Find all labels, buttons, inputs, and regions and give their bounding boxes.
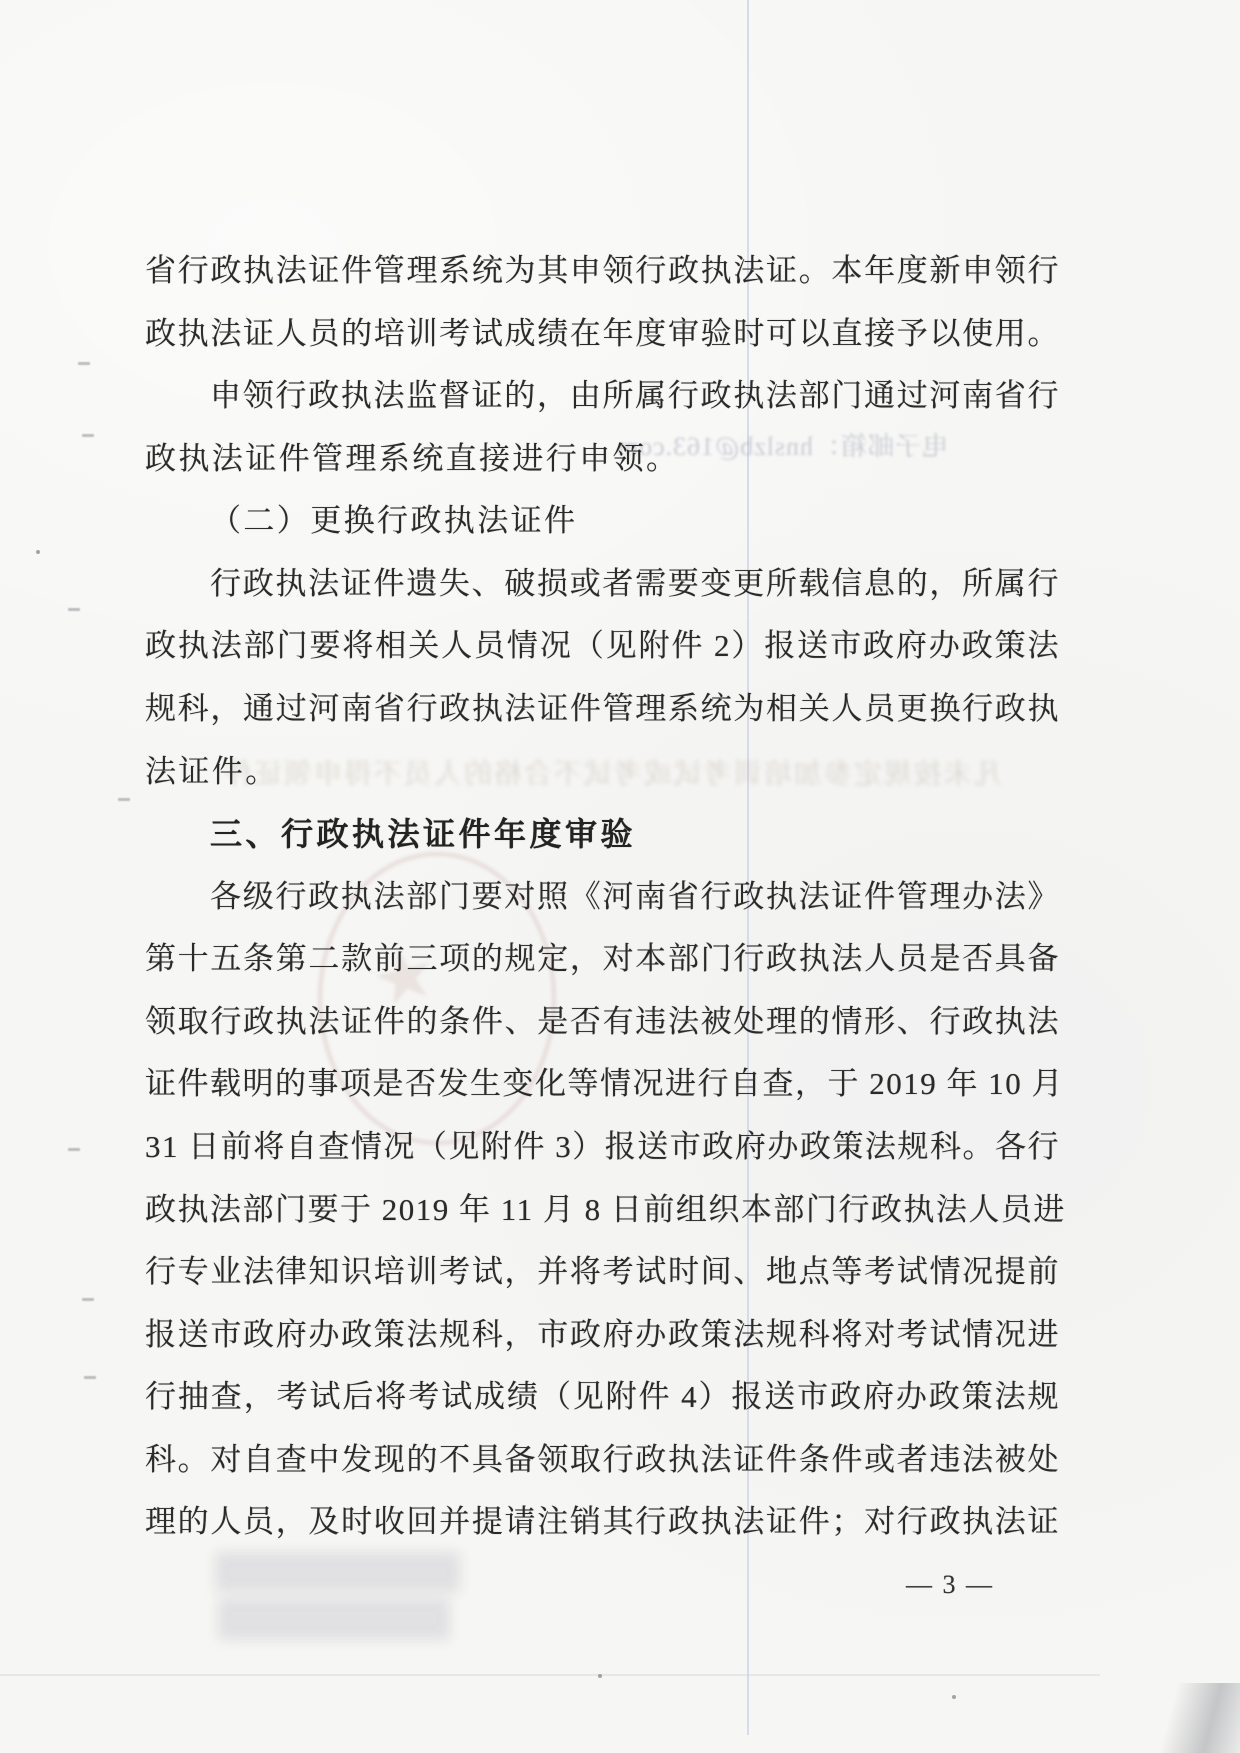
scan-hairline [0,1674,1100,1676]
scan-speck [36,550,40,554]
text-line-5: （二）更换行政执法证件 [145,502,1060,540]
page-number: — 3 — [906,1570,1016,1600]
text-line-8: 规科，通过河南省行政执法证件管理系统为相关人员更换行政执 [145,690,1060,728]
scan-speck [78,362,90,365]
text-line-14: 证件载明的事项是否发生变化等情况进行自查，于 2019 年 10 月 [145,1065,1060,1103]
text-line-17: 行专业法律知识培训考试，并将考试时间、地点等考试情况提前 [145,1253,1060,1291]
text-line-19: 行抽查，考试后将考试成绩（见附件 4）报送市政府办政策法规 [145,1378,1060,1416]
text-line-21: 理的人员，及时收回并提请注销其行政执法证件；对行政执法证 [145,1503,1060,1541]
bleedthrough-smudge [218,1598,450,1640]
scan-speck [68,608,80,611]
text-line-18: 报送市政府办政策法规科，市政府办政策法规科将对考试情况进 [145,1316,1060,1354]
text-line-7: 政执法部门要将相关人员情况（见附件 2）报送市政府办政策法 [145,627,1060,665]
text-line-2: 政执法证人员的培训考试成绩在年度审验时可以直接予以使用。 [145,315,1060,353]
scan-speck [84,1376,96,1379]
scanned-document-page: ★ 电子邮箱：hnslzb@163.com 凡未按规定参加培训考试或考试不合格的… [0,0,1240,1753]
text-line-20: 科。对自查中发现的不具备领取行政执法证件条件或者违法被处 [145,1441,1060,1479]
text-line-16: 政执法部门要于 2019 年 11 月 8 日前组织本部门行政执法人员进 [145,1191,1060,1229]
page-corner-shadow [1090,1683,1240,1753]
text-line-13: 领取行政执法证件的条件、是否有违法被处理的情形、行政执法 [145,1003,1060,1041]
scan-speck [82,1298,94,1301]
text-line-10: 三、行政执法证件年度审验 [145,815,1060,853]
text-line-11: 各级行政执法部门要对照《河南省行政执法证件管理办法》 [145,878,1060,916]
text-line-1: 省行政执法证件管理系统为其申领行政执法证。本年度新申领行 [145,252,1060,290]
text-line-9: 法证件。 [145,753,1060,791]
text-line-6: 行政执法证件遗失、破损或者需要变更所载信息的，所属行 [145,565,1060,603]
scan-speck [118,798,130,801]
text-line-12: 第十五条第二款前三项的规定，对本部门行政执法人员是否具备 [145,940,1060,978]
scan-speck [68,1148,80,1151]
text-line-4: 政执法证件管理系统直接进行申领。 [145,440,1060,478]
scan-speck [952,1695,956,1699]
scan-speck [82,434,94,437]
text-line-3: 申领行政执法监督证的，由所属行政执法部门通过河南省行 [145,377,1060,415]
scan-speck [598,1674,602,1678]
bleedthrough-smudge [215,1552,460,1592]
text-line-15: 31 日前将自查情况（见附件 3）报送市政府办政策法规科。各行 [145,1128,1060,1166]
